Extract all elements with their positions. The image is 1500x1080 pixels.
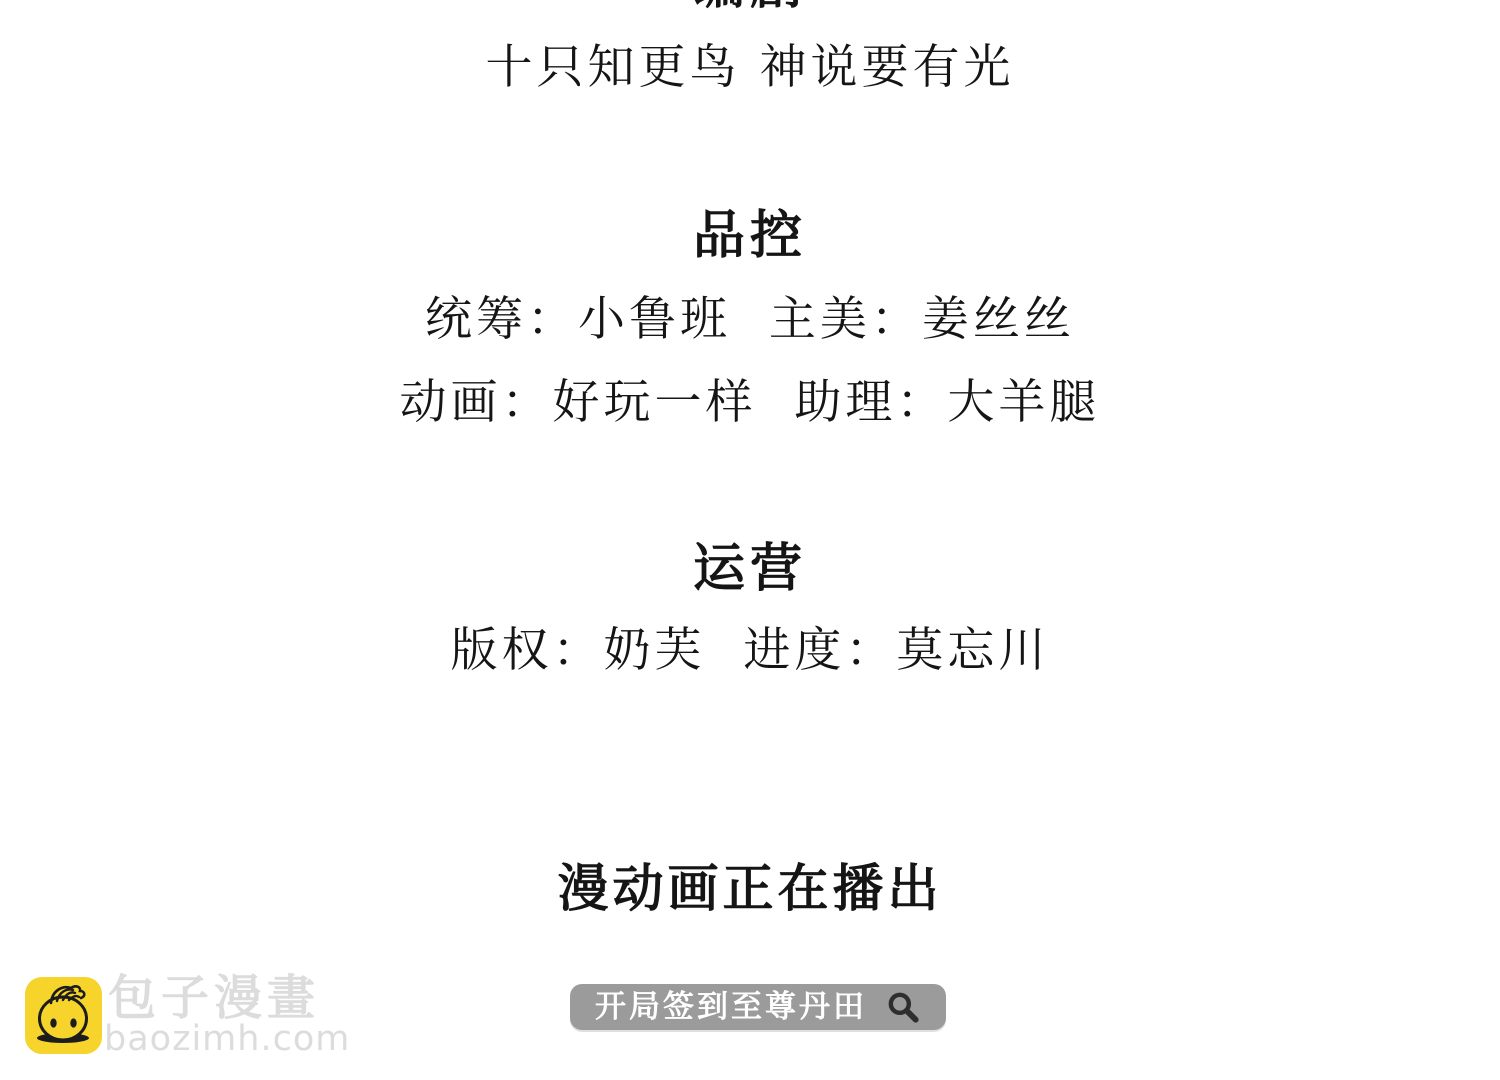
quality-control-line-animation-assistant: 动画：好玩一样 助理：大羊腿 xyxy=(0,379,1500,426)
comic-title-search-button[interactable]: 开局签到至尊丹田 xyxy=(570,984,946,1030)
screenwriter-names: 十只知更鸟 神说要有光 xyxy=(0,44,1500,91)
operations-line-copyright-progress: 版权：奶芙 进度：莫忘川 xyxy=(0,627,1500,674)
quality-control-line-coordinator-artdirector: 统筹：小鲁班 主美：姜丝丝 xyxy=(0,296,1500,343)
site-name-watermark: 包子漫畫 xyxy=(108,974,320,1022)
magnifier-icon xyxy=(885,989,921,1025)
baozi-bun-icon xyxy=(25,977,102,1054)
now-playing-heading: 漫动画正在播出 xyxy=(0,864,1500,915)
comic-title-label: 开局签到至尊丹田 xyxy=(595,992,867,1023)
section-heading-screenwriter: 编剧 xyxy=(0,0,1500,12)
section-heading-quality-control: 品控 xyxy=(0,210,1500,262)
site-domain-watermark: baozimh.com xyxy=(104,1022,350,1057)
comic-credits-page: 编剧 十只知更鸟 神说要有光 品控 统筹：小鲁班 主美：姜丝丝 动画：好玩一样 … xyxy=(0,0,1500,1080)
section-heading-operations: 运营 xyxy=(0,543,1500,595)
